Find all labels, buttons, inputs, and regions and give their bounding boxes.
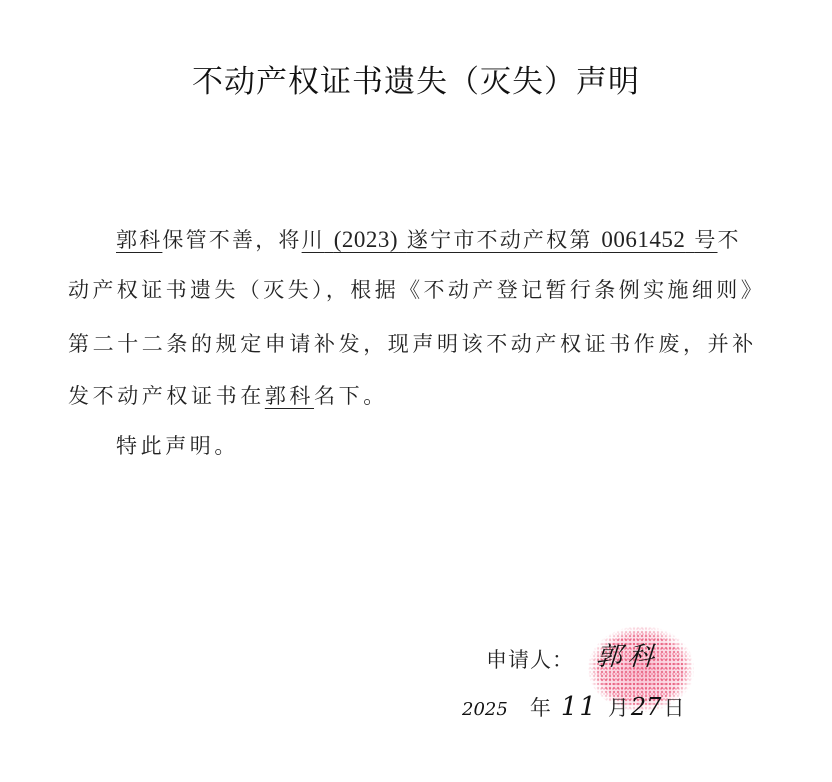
applicant-signature: 郭科 bbox=[595, 636, 662, 673]
cert-year: (2023) bbox=[334, 227, 398, 252]
certificate-number: 川 (2023) 遂宁市不动产权第 0061452 号 bbox=[302, 228, 718, 252]
body-text: 保管不善，将 bbox=[162, 228, 301, 252]
cert-suffix: 号 bbox=[694, 228, 717, 252]
document-title: 不动产权证书遗失（灭失）声明 bbox=[0, 56, 832, 101]
date-month: 11 bbox=[561, 692, 598, 722]
date-day-unit: 日 bbox=[663, 692, 684, 722]
date-month-unit: 月 bbox=[608, 692, 629, 722]
applicant-label: 申请人： bbox=[486, 644, 574, 674]
date-year: 2025 bbox=[462, 699, 508, 720]
cert-prefix: 川 bbox=[302, 228, 325, 252]
body-line-4: 发不动产权证书在郭科名下。 bbox=[68, 380, 768, 410]
body-line-3: 第二十二条的规定申请补发，现声明该不动产权证书作废，并补 bbox=[68, 328, 768, 358]
body-text: 发不动产权证书在 bbox=[68, 384, 265, 408]
date-day: 27 bbox=[631, 693, 662, 721]
body-line-2: 动产权证书遗失（灭失），根据《不动产登记暂行条例实施细则》 bbox=[68, 274, 768, 304]
body-line-1: 郭科保管不善，将川 (2023) 遂宁市不动产权第 0061452 号不 bbox=[116, 224, 816, 254]
cert-city: 遂宁市不动产权第 bbox=[407, 228, 593, 252]
date-year-unit: 年 bbox=[530, 692, 551, 722]
owner-name: 郭科 bbox=[116, 228, 162, 252]
body-text: 不 bbox=[718, 228, 741, 252]
owner-name: 郭科 bbox=[265, 384, 314, 408]
signature-date: 2025 年 11 月 27 日 bbox=[462, 692, 684, 722]
body-text: 名下。 bbox=[314, 384, 388, 408]
cert-no: 0061452 bbox=[601, 227, 685, 252]
closing-statement: 特此声明。 bbox=[116, 430, 816, 460]
